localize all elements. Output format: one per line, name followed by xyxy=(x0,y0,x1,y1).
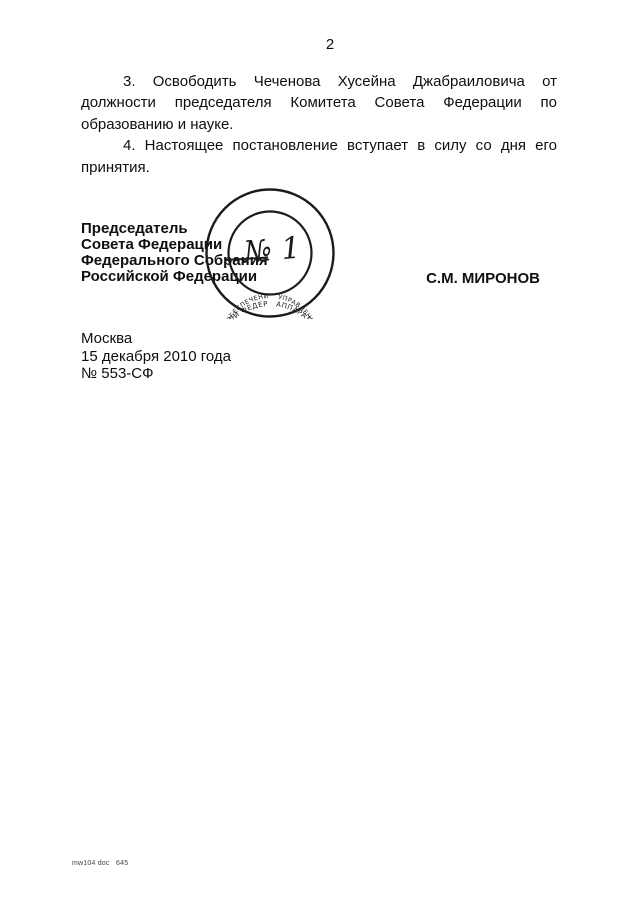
paragraph-3-line-1: 3. Освободить Чеченова Хусейна Джабраило… xyxy=(81,71,557,92)
paragraph-4-line-2: принятия. xyxy=(81,157,557,178)
document-page: 2 3. Освободить Чеченова Хусейна Джабраи… xyxy=(0,0,640,905)
footer-note: mw104 doc 645 xyxy=(72,860,128,867)
issuance-city: Москва xyxy=(81,330,231,348)
paragraph-3-line-3: образованию и науке. xyxy=(81,114,557,135)
issuance-date: 15 декабря 2010 года xyxy=(81,348,231,366)
official-stamp-seal: АППАРАТ СОВЕТА ФЕДЕРАЦИИ ФЕДЕРАЛЬНОГО СО… xyxy=(204,187,336,319)
issuance-number: № 553-СФ xyxy=(81,365,231,383)
body-text: 3. Освободить Чеченова Хусейна Джабраило… xyxy=(81,71,557,178)
issuance-block: Москва 15 декабря 2010 года № 553-СФ xyxy=(81,330,231,383)
paragraph-3-line-2: должности председателя Комитета Совета Ф… xyxy=(81,92,557,113)
signer-name: С.М. МИРОНОВ xyxy=(426,270,540,287)
stamp-center-number: № 1 xyxy=(240,231,302,271)
page-number: 2 xyxy=(0,36,640,53)
paragraph-4-line-1: 4. Настоящее постановление вступает в си… xyxy=(81,135,557,156)
